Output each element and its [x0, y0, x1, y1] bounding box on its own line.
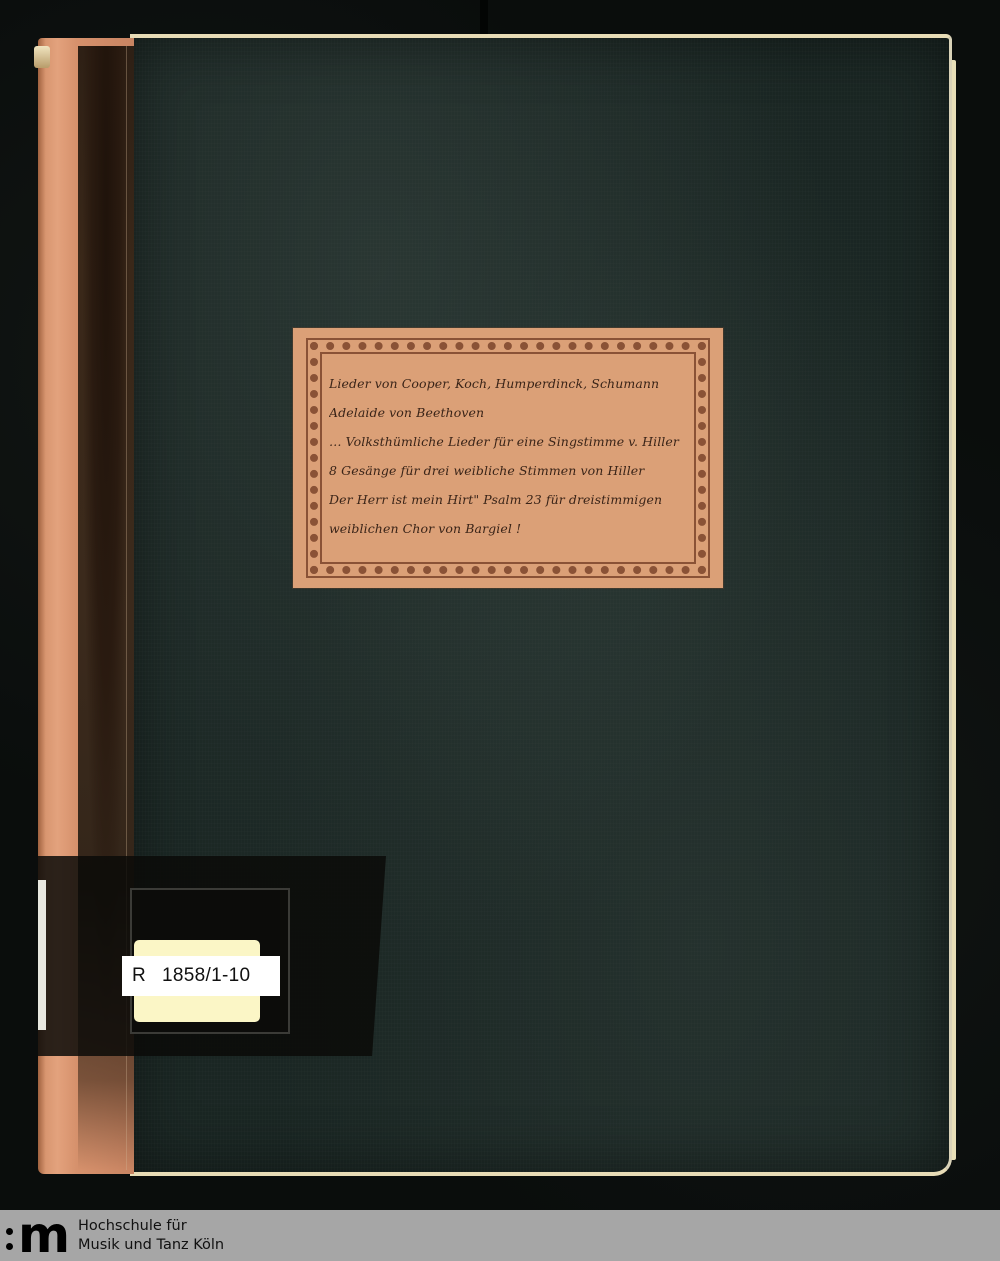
label-line-5: Der Herr ist mein Hirt" Psalm 23 für dre… — [329, 486, 691, 515]
logo-dot-icon — [6, 1228, 13, 1235]
hfmt-logo-icon: m — [4, 1210, 74, 1261]
label-handwriting: Lieder von Cooper, Koch, Humperdinck, Sc… — [329, 370, 691, 544]
label-line-1: Lieder von Cooper, Koch, Humperdinck, Sc… — [329, 370, 691, 399]
shelfmark-number: 1858/1-10 — [162, 965, 250, 987]
logo-m-glyph: m — [18, 1213, 68, 1257]
title-label: Lieder von Cooper, Koch, Humperdinck, Sc… — [293, 328, 723, 588]
shelfmark-label: R 1858/1-10 — [122, 956, 280, 996]
label-line-3: … Volksthümliche Lieder für eine Singsti… — [329, 428, 691, 457]
label-line-6: weiblichen Chor von Bargiel ! — [329, 515, 691, 544]
footer-branding: m Hochschule für Musik und Tanz Köln — [0, 1210, 1000, 1261]
tape-edge — [38, 880, 46, 1030]
spine-top-wear — [34, 46, 50, 68]
label-line-4: 8 Gesänge für drei weibliche Stimmen von… — [329, 457, 691, 486]
institution-line-2: Musik und Tanz Köln — [78, 1236, 224, 1255]
label-line-2: Adelaide von Beethoven — [329, 399, 691, 428]
institution-name: Hochschule für Musik und Tanz Köln — [78, 1217, 224, 1255]
institution-line-1: Hochschule für — [78, 1217, 224, 1236]
logo-dot-icon — [6, 1243, 13, 1250]
shelfmark-prefix: R — [132, 965, 146, 987]
